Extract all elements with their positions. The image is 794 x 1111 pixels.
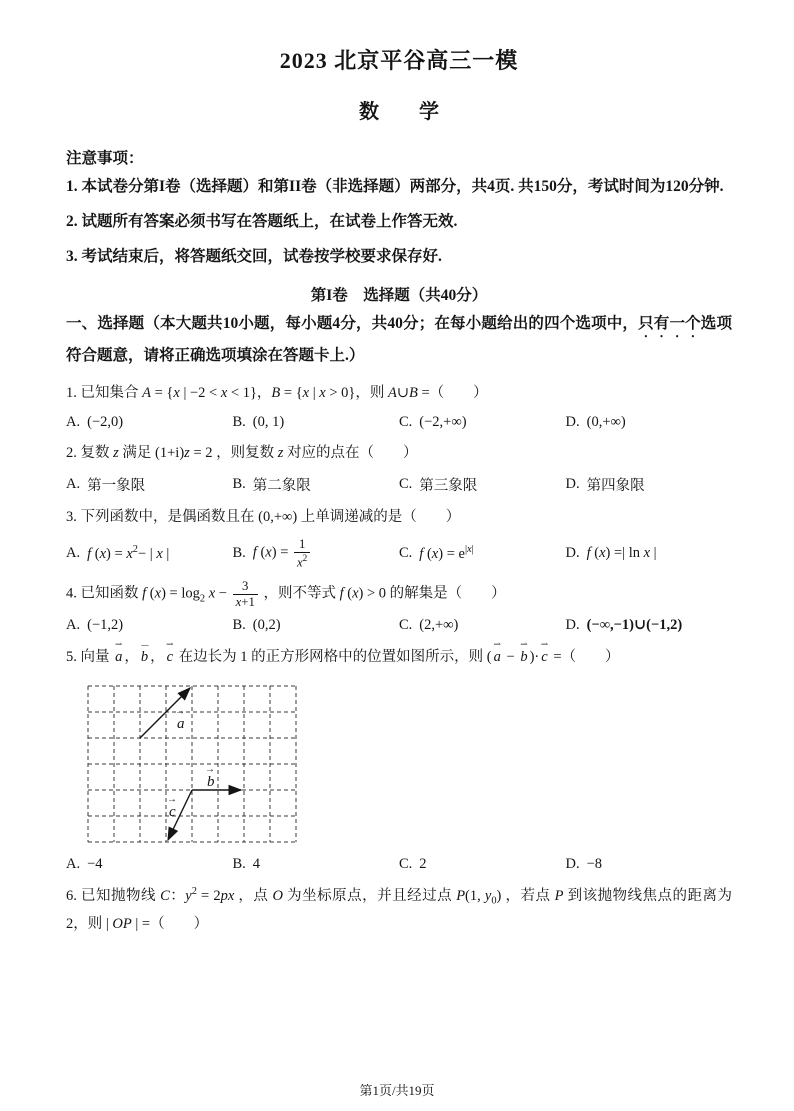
question-5: 5. 向量 a，b，c 在边长为 1 的正方形网格中的位置如图所示，则 (a −… — [66, 643, 732, 873]
exam-page: 2023 北京平谷高三一模 数 学 注意事项： 1. 本试卷分第I卷（选择题）和… — [0, 0, 794, 938]
question-1-option-d: D.(0,+∞) — [566, 414, 733, 431]
option-value: 2 — [419, 856, 426, 873]
question-4-option-b: B.(0,2) — [233, 617, 400, 634]
question-4-option-a: A.(−1,2) — [66, 617, 233, 634]
page-number: 第1页/共19页 — [0, 1080, 794, 1099]
question-4: 4. 已知函数 f (x) = log2 x − 3x+1 ，则不等式 f (x… — [66, 579, 732, 634]
question-3: 3. 下列函数中，是偶函数且在 (0,+∞) 上单调递减的是（ ） A.f (x… — [66, 504, 732, 570]
question-5-option-d: D.−8 — [566, 856, 733, 873]
question-1-option-b: B.(0, 1) — [233, 414, 400, 431]
question-4-option-d: D.(−∞,−1)∪(−1,2) — [566, 616, 733, 634]
question-2-stem: 2. 复数 z 满足 (1+i)z = 2 ，则复数 z 对应的点在（ ） — [66, 440, 732, 467]
option-label: B. — [233, 617, 246, 634]
question-4-options: A.(−1,2) B.(0,2) C.(2,+∞) D.(−∞,−1)∪(−1,… — [66, 616, 732, 634]
option-value: (−∞,−1)∪(−1,2) — [587, 616, 683, 634]
vectors — [140, 688, 241, 840]
question-2-option-b: B.第二象限 — [233, 474, 400, 495]
question-5-options: A.−4 B.4 C.2 D.−8 — [66, 856, 732, 873]
option-label: D. — [566, 545, 580, 562]
vector-a-label: a — [177, 716, 185, 732]
question-6-stem: 6. 已知抛物线 C：y2 = 2px ，点 O 为坐标原点，并且经过点 P(1… — [66, 882, 732, 938]
question-3-option-b: B.f (x) = 1x2 — [233, 537, 400, 570]
option-value: f (x) = 1x2 — [253, 537, 312, 570]
question-4-stem: 4. 已知函数 f (x) = log2 x − 3x+1 ，则不等式 f (x… — [66, 579, 732, 609]
question-5-option-b: B.4 — [233, 856, 400, 873]
option-label: A. — [66, 476, 80, 493]
question-2: 2. 复数 z 满足 (1+i)z = 2 ，则复数 z 对应的点在（ ） A.… — [66, 440, 732, 495]
question-1-stem: 1. 已知集合 A = {x | −2 < x < 1}，B = {x | x … — [66, 380, 732, 407]
option-label: C. — [399, 414, 412, 431]
option-label: A. — [66, 545, 80, 562]
question-2-option-a: A.第一象限 — [66, 474, 233, 495]
question-2-option-c: C.第三象限 — [399, 474, 566, 495]
option-label: A. — [66, 414, 80, 431]
option-label: B. — [233, 856, 246, 873]
question-1-options: A.(−2,0) B.(0, 1) C.(−2,+∞) D.(0,+∞) — [66, 414, 732, 431]
option-label: B. — [233, 476, 246, 493]
notice-item-1: 1. 本试卷分第I卷（选择题）和第II卷（非选择题）两部分，共4页. 共150分… — [66, 172, 732, 202]
option-value: (−2,0) — [87, 414, 123, 431]
option-value: (−1,2) — [87, 617, 123, 634]
question-3-stem: 3. 下列函数中，是偶函数且在 (0,+∞) 上单调递减的是（ ） — [66, 504, 732, 531]
option-label: C. — [399, 617, 412, 634]
dashed-grid — [88, 686, 296, 842]
question-2-options: A.第一象限 B.第二象限 C.第三象限 D.第四象限 — [66, 474, 732, 495]
notice-item-2: 2. 试题所有答案必须书写在答题纸上，在试卷上作答无效. — [66, 207, 732, 237]
option-value: −8 — [587, 856, 602, 873]
notice-item-3: 3. 考试结束后，将答题纸交回，试卷按学校要求保存好. — [66, 242, 732, 272]
option-label: A. — [66, 856, 80, 873]
option-value: 第二象限 — [253, 474, 311, 495]
question-3-options: A.f (x) = x2− | x | B.f (x) = 1x2 C.f (x… — [66, 537, 732, 570]
question-4-option-c: C.(2,+∞) — [399, 617, 566, 634]
option-value: (0,+∞) — [587, 414, 626, 431]
question-5-option-c: C.2 — [399, 856, 566, 873]
option-label: A. — [66, 617, 80, 634]
vector-grid-figure: → a → b → c — [78, 678, 732, 854]
page-title: 2023 北京平谷高三一模 — [66, 44, 732, 75]
notes-heading: 注意事项： — [66, 146, 732, 168]
option-value: (−2,+∞) — [419, 414, 466, 431]
question-1-option-a: A.(−2,0) — [66, 414, 233, 431]
question-6: 6. 已知抛物线 C：y2 = 2px ，点 O 为坐标原点，并且经过点 P(1… — [66, 882, 732, 938]
question-3-option-d: D.f (x) =| ln x | — [566, 545, 733, 562]
option-value: f (x) =| ln x | — [587, 545, 657, 562]
option-value: (2,+∞) — [419, 617, 458, 634]
vector-c-label: c — [169, 804, 176, 820]
option-label: C. — [399, 856, 412, 873]
option-value: f (x) = e|x| — [419, 544, 473, 563]
question-2-option-d: D.第四象限 — [566, 474, 733, 495]
vector-labels: → a → b → c — [167, 706, 215, 820]
option-value: −4 — [87, 856, 102, 873]
section-heading: 第I卷 选择题（共40分） — [66, 283, 732, 305]
option-value: 4 — [253, 856, 260, 873]
section-intro: 一、选择题（本大题共10小题，每小题4分，共40分；在每小题给出的四个选项中，只… — [66, 309, 732, 371]
option-label: C. — [399, 545, 412, 562]
vector-b-label: b — [207, 774, 215, 790]
question-5-option-a: A.−4 — [66, 856, 233, 873]
question-3-option-c: C.f (x) = e|x| — [399, 544, 566, 563]
option-value: (0,2) — [253, 617, 281, 634]
subject-title: 数 学 — [66, 95, 732, 124]
option-label: D. — [566, 856, 580, 873]
option-label: D. — [566, 476, 580, 493]
option-value: 第一象限 — [87, 474, 145, 495]
option-label: B. — [233, 545, 246, 562]
option-label: C. — [399, 476, 412, 493]
option-value: 第四象限 — [587, 474, 645, 495]
question-1: 1. 已知集合 A = {x | −2 < x < 1}，B = {x | x … — [66, 380, 732, 431]
option-value: (0, 1) — [253, 414, 284, 431]
option-label: D. — [566, 617, 580, 634]
option-value: f (x) = x2− | x | — [87, 544, 169, 563]
option-label: D. — [566, 414, 580, 431]
option-label: B. — [233, 414, 246, 431]
question-5-stem: 5. 向量 a，b，c 在边长为 1 的正方形网格中的位置如图所示，则 (a −… — [66, 643, 732, 671]
question-1-option-c: C.(−2,+∞) — [399, 414, 566, 431]
option-value: 第三象限 — [419, 474, 477, 495]
question-3-option-a: A.f (x) = x2− | x | — [66, 544, 233, 563]
